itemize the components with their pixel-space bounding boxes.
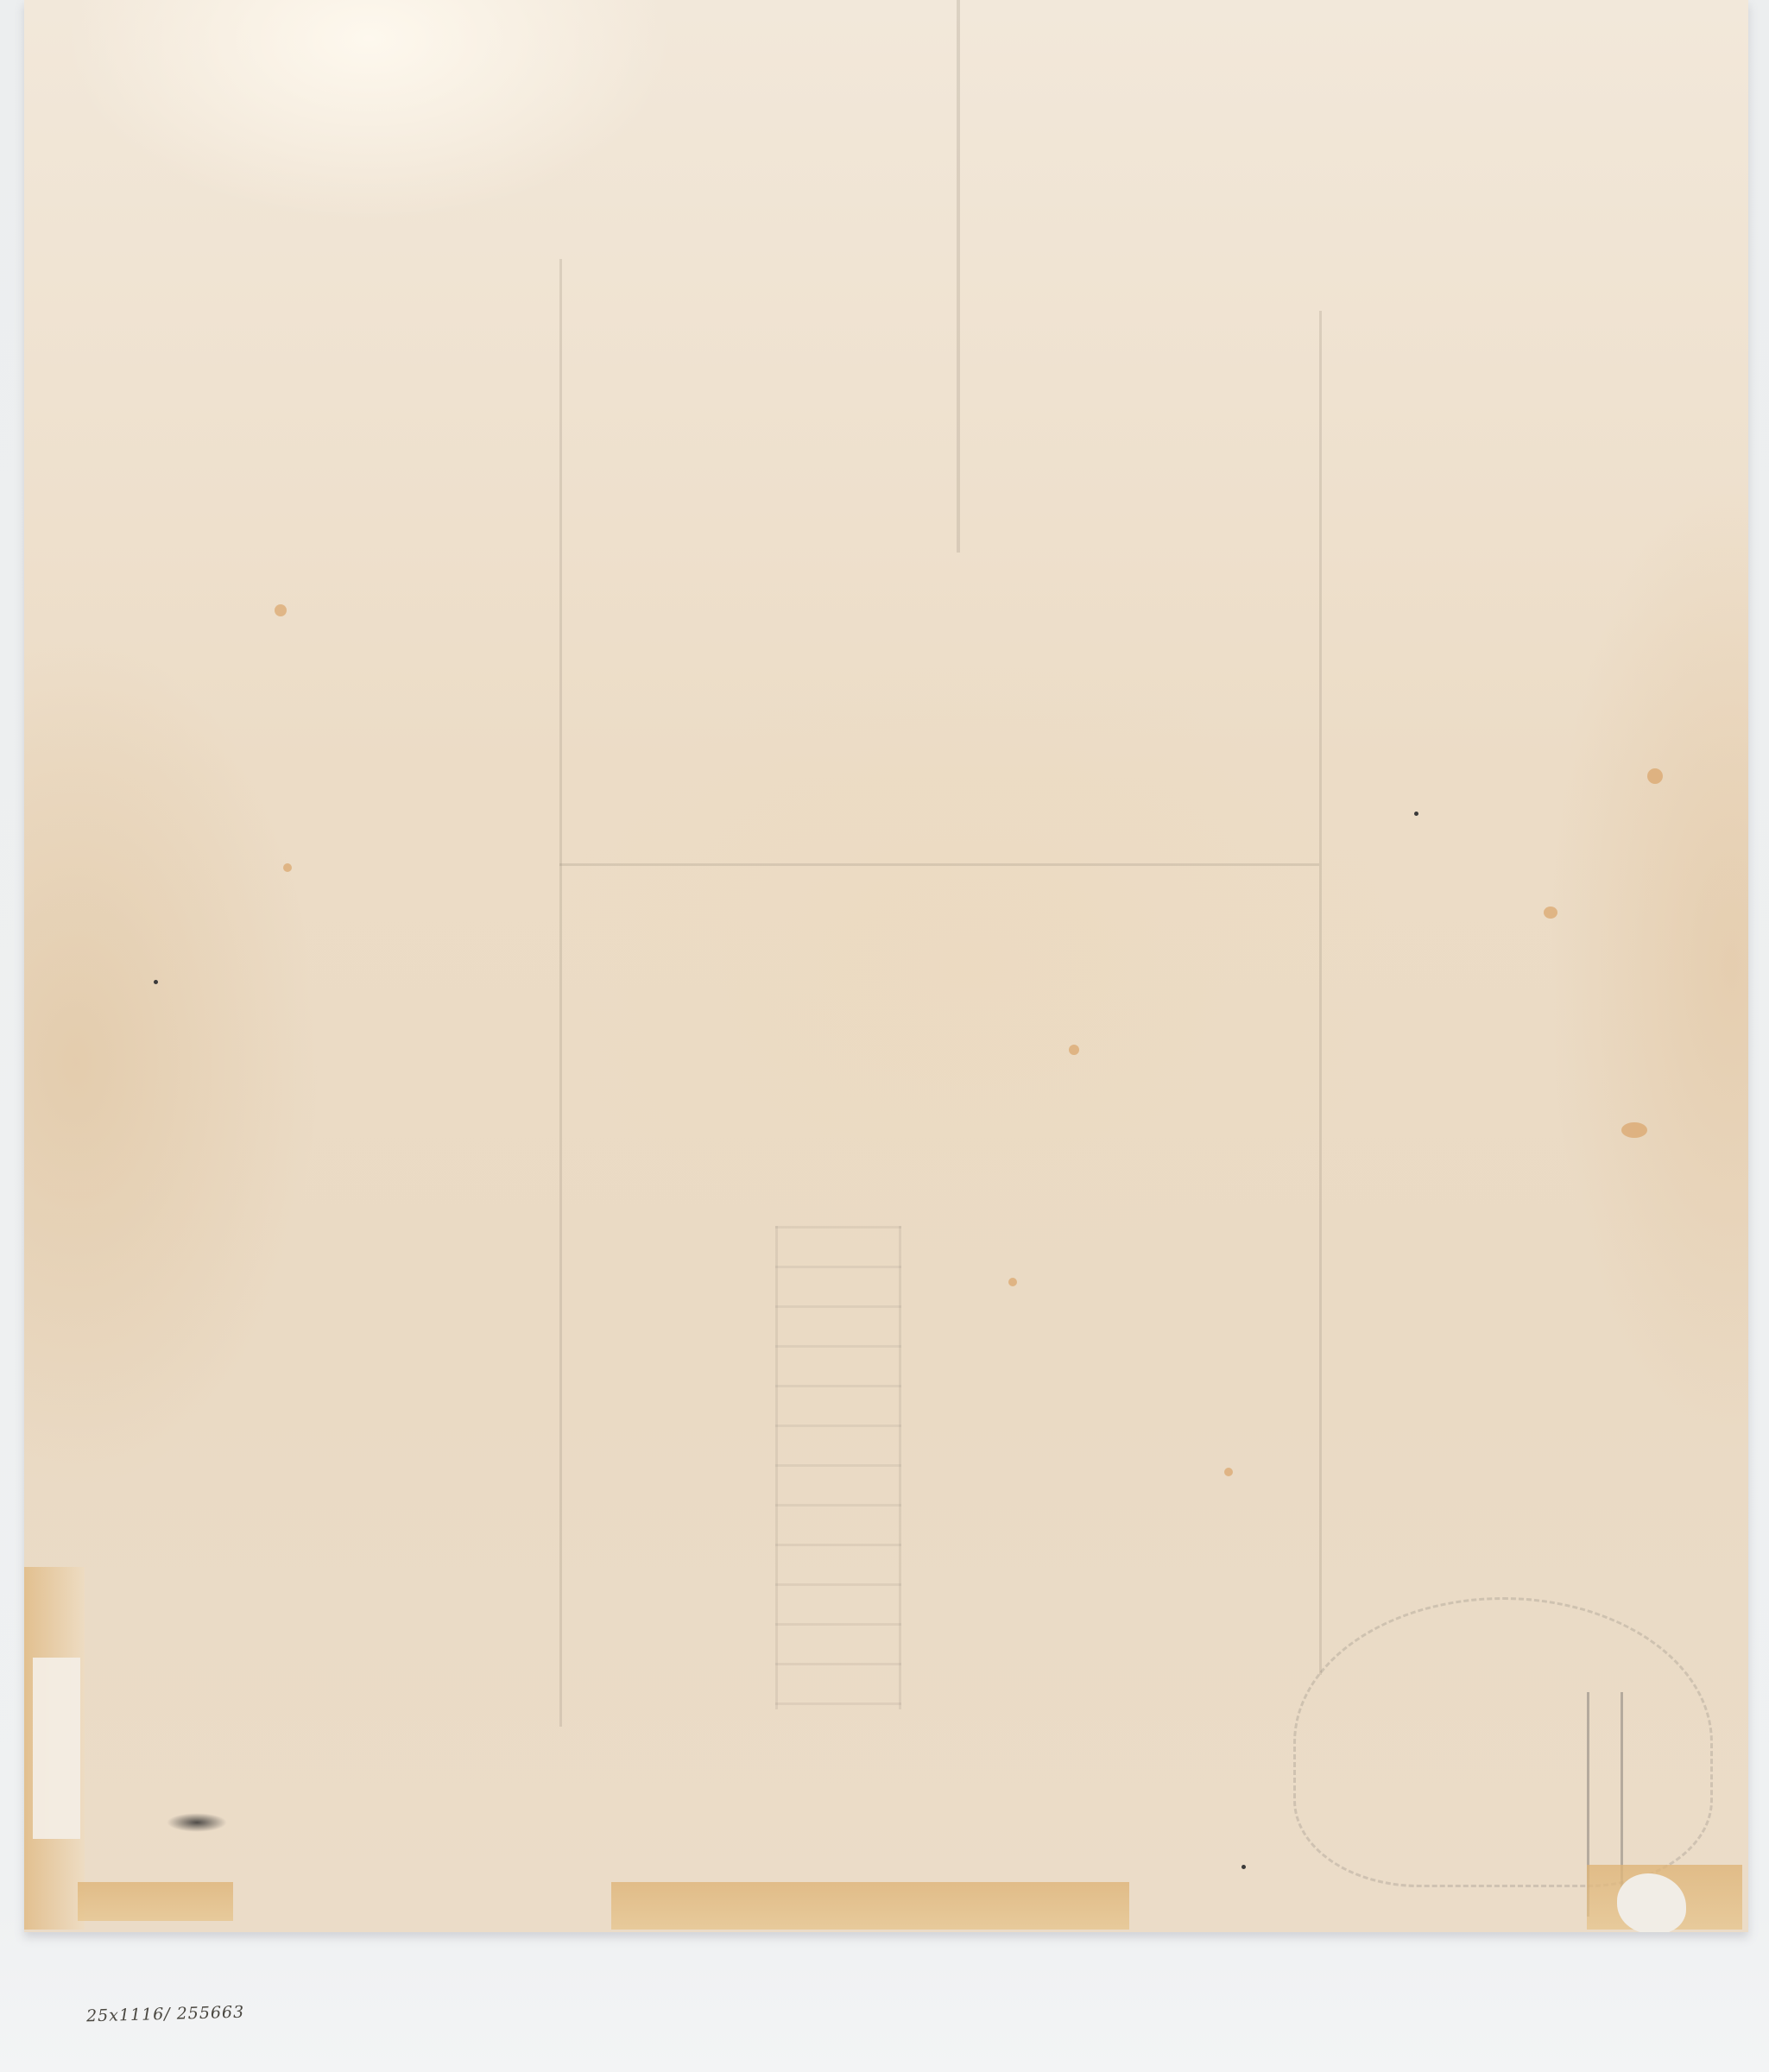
dust-speck [154,980,158,984]
ghost-impression-left-frame [559,259,562,1727]
dust-speck [1414,812,1418,816]
foxing-spot [1544,906,1557,919]
tape-strip-bottom-left [78,1882,233,1921]
ink-smudge [167,1813,227,1832]
foxing-spot [1224,1468,1233,1476]
ghost-impression-ornament [1293,1597,1713,1887]
pencil-inscription: 25x1116/ 255663 [86,2003,245,2026]
photo-scene: 25x1116/ 255663 [0,0,1769,2072]
foxing-spot [1069,1045,1079,1055]
ghost-impression-horizontal [559,863,1319,866]
foxing-spot [1008,1278,1017,1286]
dust-speck [1241,1865,1246,1869]
foxing-spot [283,863,292,872]
foxing-spot [275,604,287,616]
tape-strip-bottom-center [611,1882,1129,1930]
ghost-impression-right-frame [1319,311,1322,1675]
ghost-impression-ladder [775,1226,901,1709]
ghost-impression-center-line [957,0,960,553]
foxing-spot [1647,768,1663,784]
paper-sheet-verso [24,0,1748,1932]
foxing-spot [1621,1122,1647,1138]
paper-repair-left [33,1658,80,1839]
